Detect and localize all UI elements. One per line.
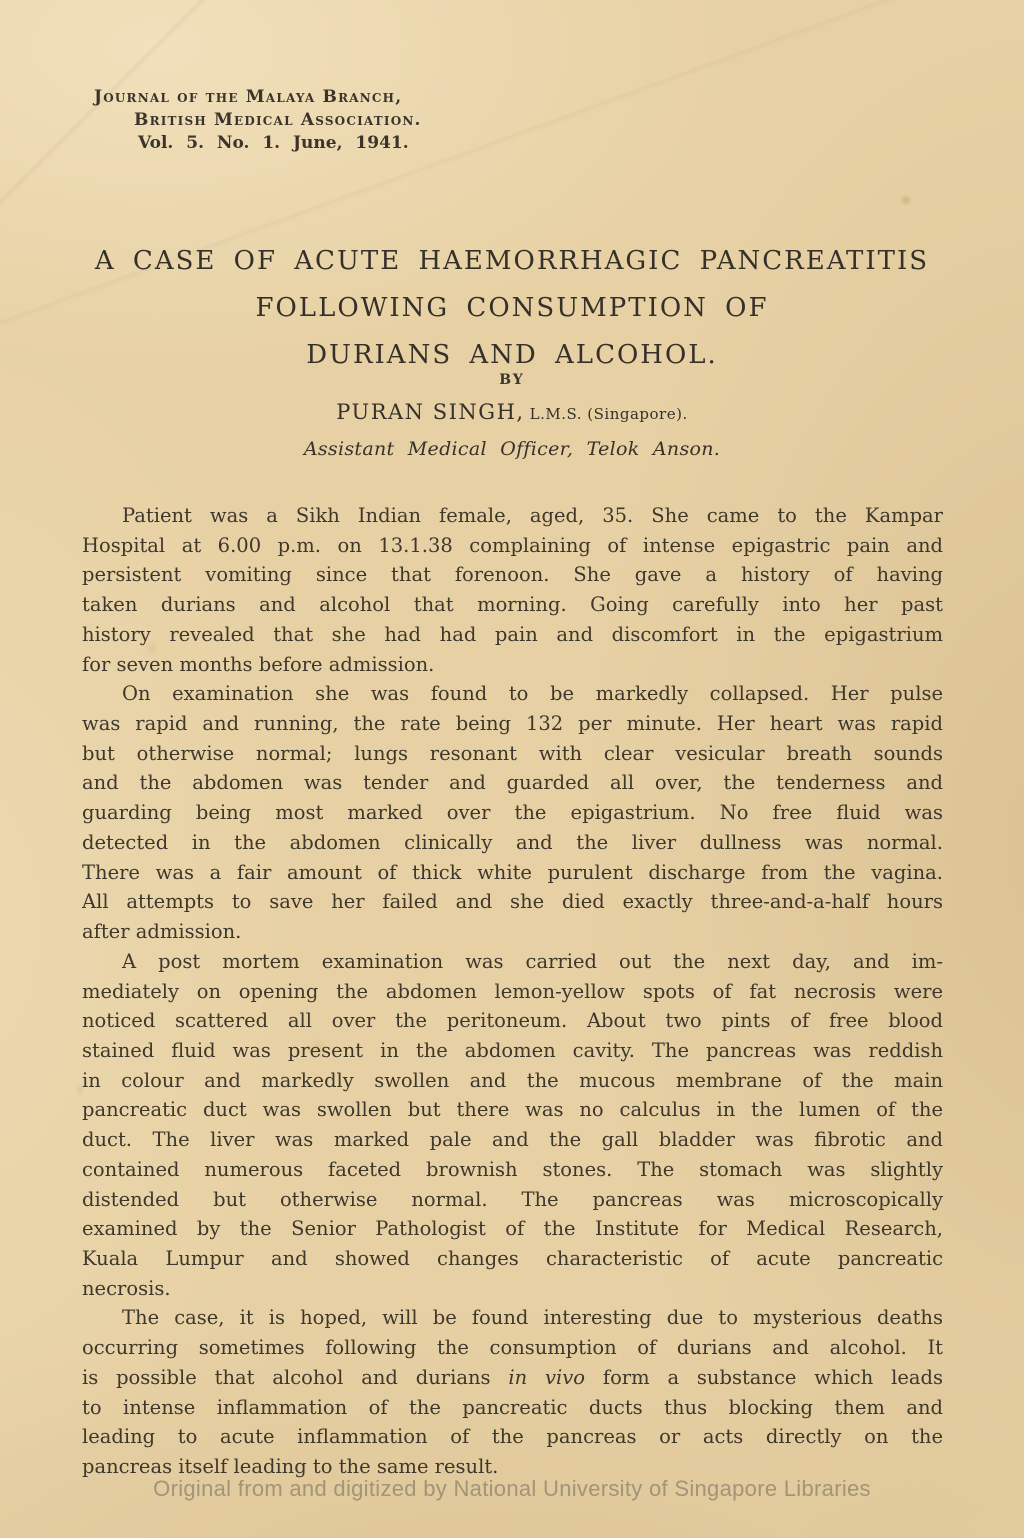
author-affiliation: Assistant Medical Officer, Telok Anson.	[0, 438, 1024, 460]
body-line: Hospital at 6.00 p.m. on 13.1.38 complai…	[82, 531, 943, 561]
body-line: is possible that alcohol and durians in …	[82, 1363, 943, 1393]
body-line: distended but otherwise normal. The panc…	[82, 1185, 943, 1215]
body-line: detected in the abdomen clinically and t…	[82, 828, 943, 858]
body-line: All attempts to save her failed and she …	[82, 887, 943, 917]
body-line: stained fluid was present in the abdomen…	[82, 1036, 943, 1066]
italic-term: in vivo	[508, 1366, 585, 1389]
digitization-credit: Original from and digitized by National …	[0, 1476, 1024, 1502]
body-line: examined by the Senior Pathologist of th…	[82, 1214, 943, 1244]
body-line: was rapid and running, the rate being 13…	[82, 709, 943, 739]
body-line: Patient was a Sikh Indian female, aged, …	[82, 501, 943, 531]
body-paragraph: A post mortem examination was carried ou…	[82, 947, 943, 1304]
article-body: Patient was a Sikh Indian female, aged, …	[82, 501, 943, 1482]
volume-issue-date: Vol. 5. No. 1. June, 1941.	[94, 132, 422, 155]
body-line: mediately on opening the abdomen lemon-y…	[82, 977, 943, 1007]
byline-by: BY	[0, 372, 1024, 388]
body-line: contained numerous faceted brownish ston…	[82, 1155, 943, 1185]
scanned-journal-page: Journal of the Malaya Branch, British Me…	[0, 0, 1024, 1538]
body-line: pancreatic duct was swollen but there wa…	[82, 1095, 943, 1125]
body-line: for seven months before admission.	[82, 650, 943, 680]
body-line: to intense inflammation of the pancreati…	[82, 1393, 943, 1423]
author-name: PURAN SINGH,	[336, 400, 524, 424]
body-line: in colour and markedly swollen and the m…	[82, 1066, 943, 1096]
journal-header: Journal of the Malaya Branch, British Me…	[94, 86, 422, 155]
body-line: after admission.	[82, 917, 943, 947]
article-title-line2: FOLLOWING CONSUMPTION OF	[0, 285, 1024, 332]
body-line: leading to acute inflammation of the pan…	[82, 1422, 943, 1452]
author-credentials: L.M.S. (Singapore).	[530, 405, 688, 423]
body-line: history revealed that she had had pain a…	[82, 620, 943, 650]
body-paragraph: The case, it is hoped, will be found int…	[82, 1303, 943, 1481]
body-line: On examination she was found to be marke…	[82, 679, 943, 709]
body-line: necrosis.	[82, 1274, 943, 1304]
body-line: duct. The liver was marked pale and the …	[82, 1125, 943, 1155]
body-text-segment: form a substance which leads	[585, 1366, 943, 1389]
body-line: but otherwise normal; lungs resonant wit…	[82, 739, 943, 769]
article-title: A CASE OF ACUTE HAEMORRHAGIC PANCREATITI…	[0, 238, 1024, 379]
body-line: A post mortem examination was carried ou…	[82, 947, 943, 977]
article-title-line1: A CASE OF ACUTE HAEMORRHAGIC PANCREATITI…	[0, 238, 1024, 285]
body-paragraph: Patient was a Sikh Indian female, aged, …	[82, 501, 943, 679]
body-line: and the abdomen was tender and guarded a…	[82, 768, 943, 798]
author-line: PURAN SINGH, L.M.S. (Singapore).	[0, 400, 1024, 424]
body-text-segment: is possible that alcohol and durians	[82, 1366, 508, 1389]
body-line: occurring sometimes following the consum…	[82, 1333, 943, 1363]
body-line: persistent vomiting since that forenoon.…	[82, 560, 943, 590]
body-paragraph: On examination she was found to be marke…	[82, 679, 943, 946]
body-line: The case, it is hoped, will be found int…	[82, 1303, 943, 1333]
journal-name-line2: British Medical Association.	[94, 109, 422, 132]
body-line: guarding being most marked over the epig…	[82, 798, 943, 828]
body-line: There was a fair amount of thick white p…	[82, 858, 943, 888]
body-line: noticed scattered all over the peritoneu…	[82, 1006, 943, 1036]
body-line: taken durians and alcohol that morning. …	[82, 590, 943, 620]
journal-name-line1: Journal of the Malaya Branch,	[94, 86, 422, 109]
body-line: Kuala Lumpur and showed changes characte…	[82, 1244, 943, 1274]
